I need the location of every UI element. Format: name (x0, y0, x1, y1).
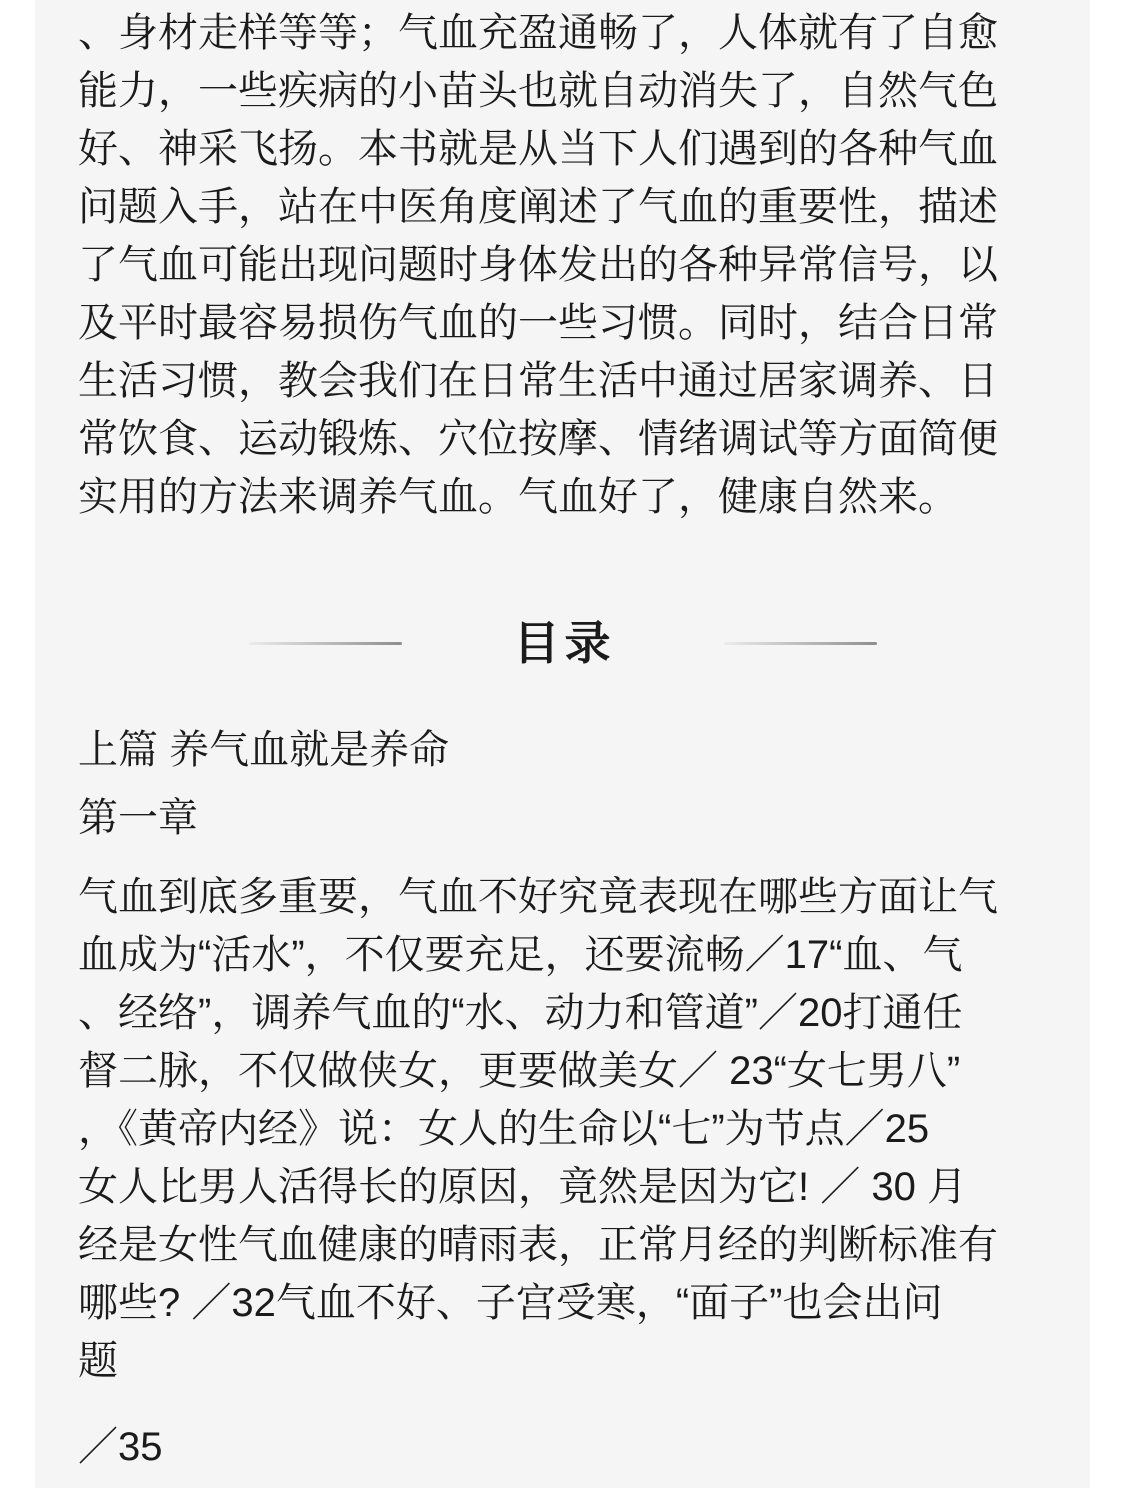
intro-line: 好、神采飞扬。本书就是从当下人们遇到的各种气血 (78, 120, 1047, 178)
intro-line: 、身材走样等等；气血充盈通畅了，人体就有了自愈 (78, 4, 1047, 62)
toc-entry-line: 督二脉，不仅做侠女，更要做美女／ 23“女七男八” (78, 1042, 1047, 1100)
toc-trailing-page-ref: ／35 (78, 1418, 1047, 1476)
intro-line: 生活习惯，教会我们在日常生活中通过居家调养、日 (78, 352, 1047, 410)
toc-entry-line: 、经络”，调养气血的“水、动力和管道”／20打通任 (78, 984, 1047, 1042)
intro-line: 了气血可能出现问题时身体发出的各种异常信号，以 (78, 236, 1047, 294)
toc-entry-line: 气血到底多重要，气血不好究竟表现在哪些方面让气 (78, 868, 1047, 926)
intro-line: 能力，一些疾病的小苗头也就自动消失了，自然气色 (78, 62, 1047, 120)
intro-line: 及平时最容易损伤气血的一些习惯。同时，结合日常 (78, 294, 1047, 352)
toc-entry-line: 女人比男人活得长的原因，竟然是因为它! ／ 30 月 (78, 1158, 1047, 1216)
intro-line: 常饮食、运动锻炼、穴位按摩、情绪调试等方面简便 (78, 410, 1047, 468)
book-description-panel: 、身材走样等等；气血充盈通畅了，人体就有了自愈 能力，一些疾病的小苗头也就自动消… (35, 0, 1090, 1488)
toc-chapter-entries: 气血到底多重要，气血不好究竟表现在哪些方面让气 血成为“活水”，不仅要充足，还要… (78, 868, 1047, 1390)
toc-chapter-title: 第一章 (78, 789, 1047, 847)
right-divider-line (724, 642, 877, 645)
intro-paragraph: 、身材走样等等；气血充盈通畅了，人体就有了自愈 能力，一些疾病的小苗头也就自动消… (78, 4, 1047, 526)
toc-entry-line: ，《黄帝内经》说：女人的生命以“七”为节点／25 (78, 1100, 1047, 1158)
toc-heading: 目录 (514, 613, 616, 673)
toc-entry-line: 血成为“活水”，不仅要充足，还要流畅／17“血、气 (78, 926, 1047, 984)
toc-entry-line: 经是女性气血健康的晴雨表，正常月经的判断标准有 (78, 1216, 1047, 1274)
left-divider-line (249, 642, 402, 645)
toc-entry-line: 题 (78, 1332, 1047, 1390)
toc-heading-row: 目录 (78, 613, 1047, 673)
intro-line: 问题入手，站在中医角度阐述了气血的重要性，描述 (78, 178, 1047, 236)
toc-entry-line: 哪些? ／32气血不好、子宫受寒，“面子”也会出问 (78, 1274, 1047, 1332)
toc-part-title: 上篇 养气血就是养命 (78, 721, 1047, 779)
intro-line: 实用的方法来调养气血。气血好了，健康自然来。 (78, 468, 1047, 526)
